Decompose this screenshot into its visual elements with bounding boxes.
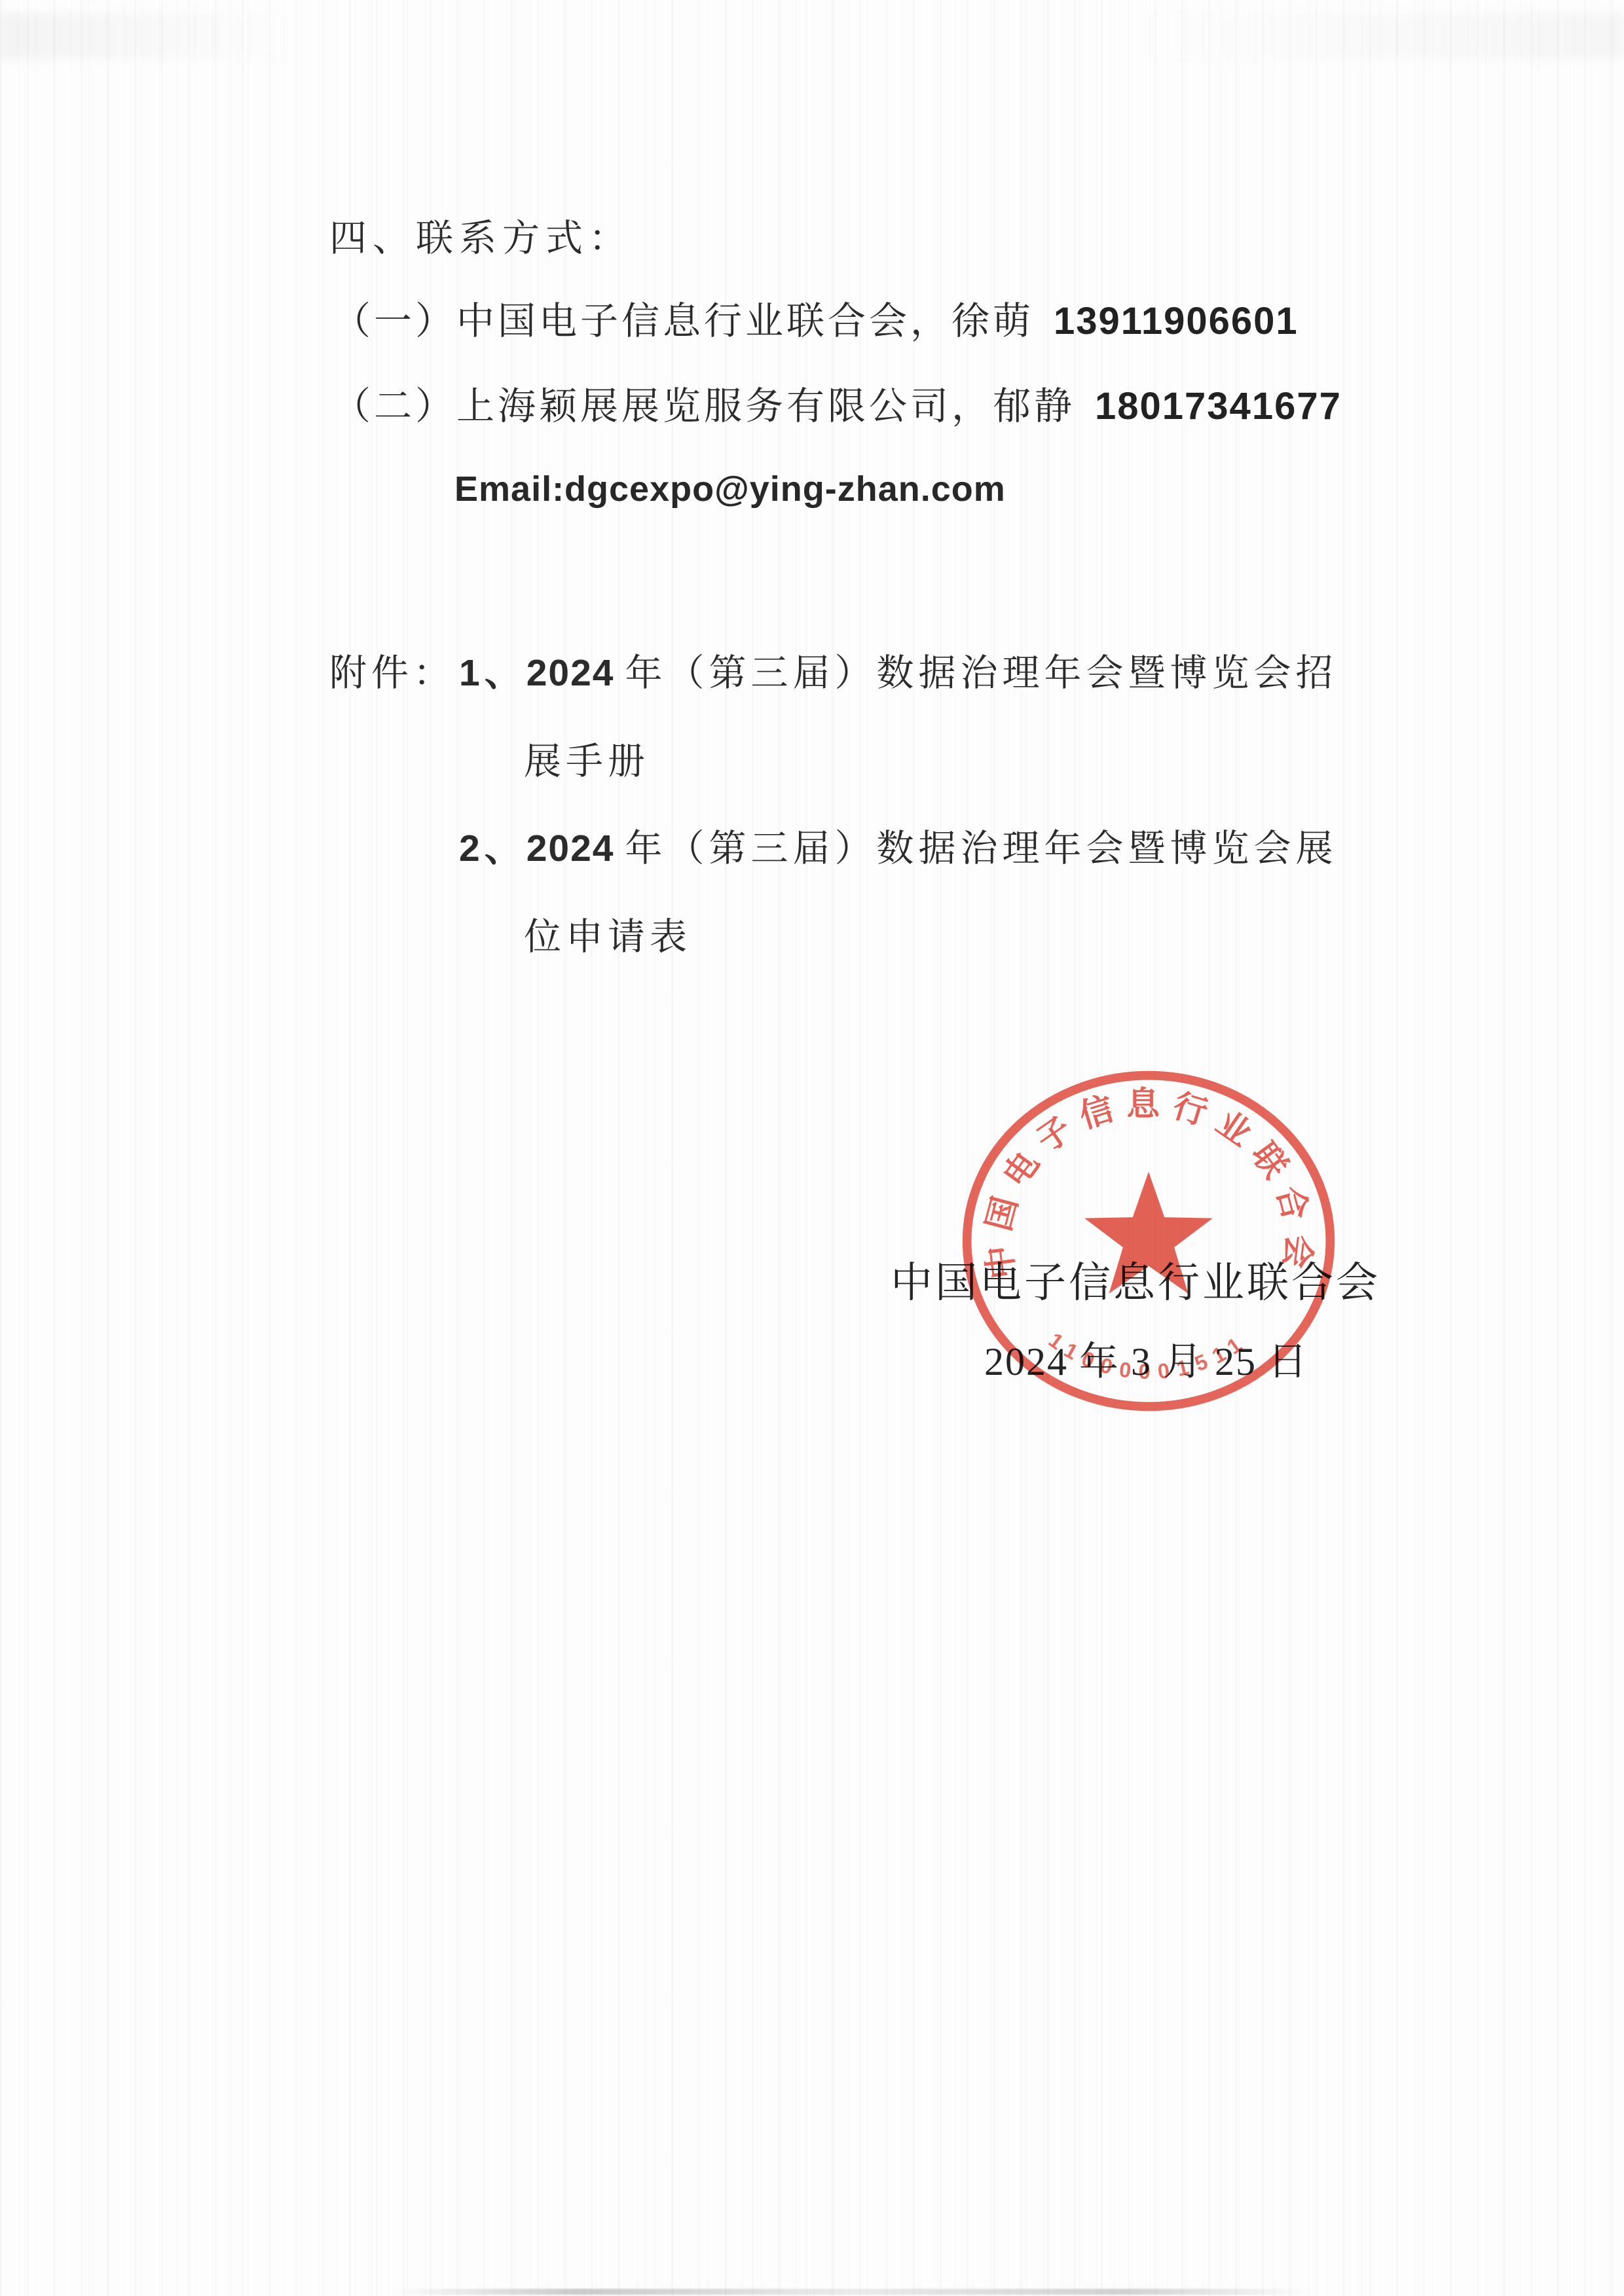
attachment-1-title: 年（第三届）数据治理年会暨博览会招: [625, 653, 1338, 694]
attachment-line-1: 附件：1、2024年（第三届）数据治理年会暨博览会招: [329, 643, 1338, 697]
attachment-line-2-continuation: 位申请表: [524, 907, 692, 960]
scan-smudge-bottom: [393, 2289, 1310, 2295]
attachment-1-number: 1、: [459, 643, 526, 697]
section-heading: 四、联系方式：: [329, 208, 632, 262]
contact-line-1: （一）中国电子信息行业联合会，徐萌13911906601: [333, 290, 1299, 345]
attachment-2-title: 年（第三届）数据治理年会暨博览会展: [625, 828, 1338, 869]
contact-2-phone: 18017341677: [1095, 385, 1342, 428]
attachment-1-year: 2024: [526, 652, 615, 694]
contact-2-text: （二）上海颖展展览服务有限公司，郁静: [333, 385, 1075, 428]
attachment-line-2: 2、2024年（第三届）数据治理年会暨博览会展: [459, 818, 1338, 872]
attachment-2-year: 2024: [526, 828, 615, 869]
contact-1-phone: 13911906601: [1054, 300, 1299, 342]
contact-email: Email:dgcexpo@ying-zhan.com: [454, 469, 1006, 509]
contact-1-text: （一）中国电子信息行业联合会，徐萌: [333, 300, 1034, 342]
document-page: 四、联系方式： （一）中国电子信息行业联合会，徐萌13911906601 （二）…: [0, 0, 1624, 2296]
attachment-line-1-continuation: 展手册: [524, 731, 650, 785]
attachments-label: 附件：: [329, 643, 459, 697]
contact-line-2: （二）上海颖展展览服务有限公司，郁静18017341677: [333, 375, 1342, 430]
scan-smudge-top: [0, 13, 1624, 59]
official-seal: 中国电子信息行业联合会 11000001511: [956, 1065, 1341, 1417]
attachment-2-number: 2、: [459, 818, 526, 872]
seal-code-text: 11000001511: [1044, 1328, 1253, 1383]
seal-code-holder: 11000001511: [1044, 1328, 1253, 1383]
red-star-icon: [1084, 1172, 1213, 1294]
